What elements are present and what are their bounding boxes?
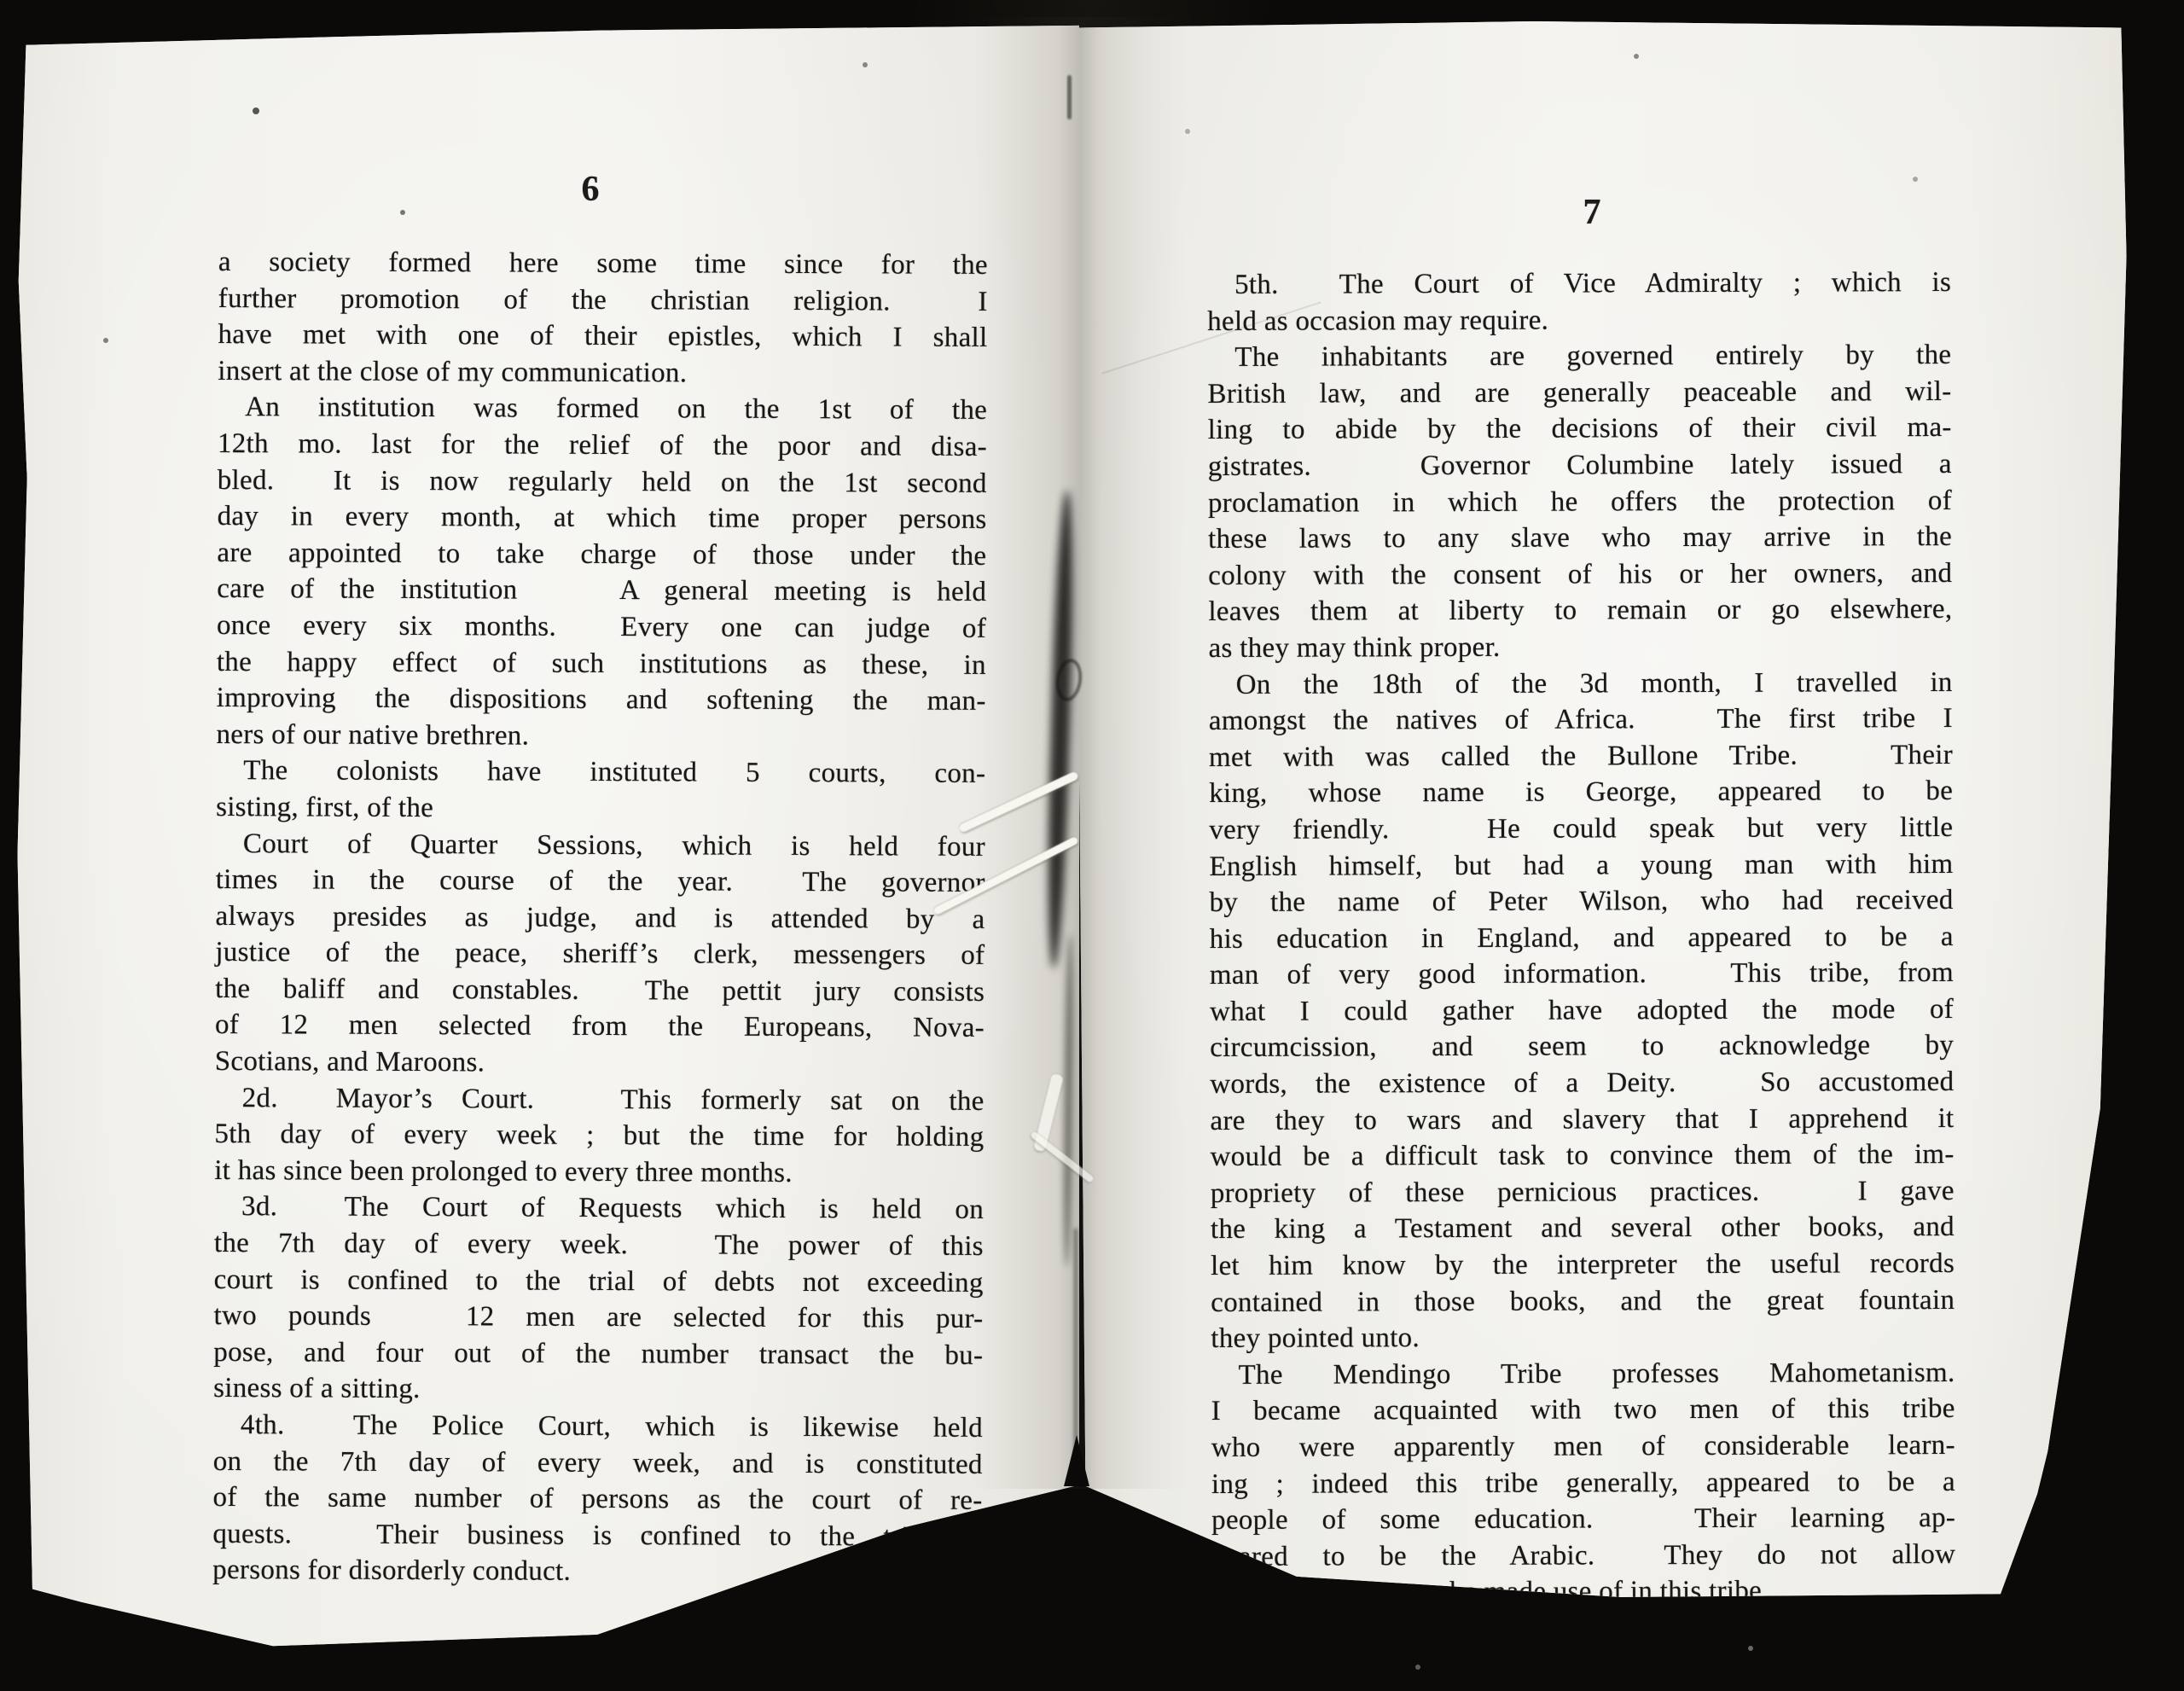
text-line: Court of Quarter Sessions, which is held…	[216, 825, 985, 865]
text-line: day in every month, at which time proper…	[218, 498, 987, 538]
text-line: times in the course of the year. The gov…	[216, 862, 985, 902]
text-line: proclamation in which he offers the prot…	[1208, 483, 1952, 522]
left-page: 6 a society formed here some time since …	[15, 24, 1079, 1651]
text-line: justice of the peace, sheriff’s clerk, m…	[215, 934, 985, 974]
text-line: the baliff and constables. The pettit ju…	[215, 971, 985, 1011]
text-line: would be a difficult task to convince th…	[1211, 1136, 1955, 1176]
left-page-number: 6	[526, 169, 654, 210]
text-line: of the same number of persons as the cou…	[212, 1479, 982, 1520]
text-line: ners of our native brethren.	[216, 717, 985, 757]
text-line: court is confined to the trial of debts …	[214, 1262, 984, 1302]
text-line: as they may think proper.	[1208, 628, 1952, 667]
text-line: care of the institution A general meetin…	[217, 571, 986, 611]
text-line: these laws to any slave who may arrive i…	[1208, 519, 1952, 558]
text-line: An institution was formed on the 1st of …	[218, 389, 987, 429]
text-line: spirituous liquors to be made use of in …	[1211, 1572, 1955, 1612]
text-line: The Mendingo Tribe professes Mahometanis…	[1211, 1355, 1955, 1394]
text-line: The inhabitants are governed entirely by…	[1207, 337, 1951, 376]
text-line: 12th mo. last for the relief of the poor…	[218, 426, 987, 466]
text-line: 4th. The Police Court, which is likewise…	[213, 1407, 983, 1447]
text-line: held as occasion may require.	[1207, 301, 1951, 340]
text-line: they pointed unto.	[1211, 1318, 1955, 1357]
text-line: 2d. Mayor’s Court. This formerly sat on …	[215, 1080, 985, 1120]
text-line: English himself, but had a young man wit…	[1209, 845, 1953, 885]
binding-gutter-shadow	[973, 17, 1186, 1489]
text-line: circumcission, and seem to acknowledge b…	[1210, 1027, 1954, 1066]
text-line: his education in England, and appeared t…	[1210, 919, 1954, 958]
text-line: man of very good information. This tribe…	[1210, 955, 1954, 994]
binding-mark	[1067, 75, 1072, 119]
text-line: what I could gather have adopted the mod…	[1210, 991, 1954, 1031]
text-line: propriety of these pernicious practices.…	[1211, 1173, 1955, 1212]
text-line: it has since been prolonged to every thr…	[214, 1153, 984, 1193]
text-line: who were apparently men of considerable …	[1211, 1427, 1955, 1467]
right-page: 7 5th. The Court of Vice Admiralty ; whi…	[1079, 21, 2129, 1608]
text-line: let him know by the interpreter the usef…	[1211, 1246, 1955, 1285]
text-line: further promotion of the christian relig…	[218, 281, 988, 321]
text-line: leaves them at liberty to remain or go e…	[1208, 591, 1952, 630]
text-line: once every six months. Every one can jud…	[217, 607, 986, 648]
text-line: on the 7th day of every week, and is con…	[213, 1444, 983, 1484]
text-line: ling to abide by the decisions of their …	[1208, 410, 1952, 449]
text-line: a society formed here some time since fo…	[218, 244, 988, 284]
text-line: 5th day of every week ; but the time for…	[214, 1116, 984, 1156]
left-page-text-column: a society formed here some time since fo…	[212, 244, 988, 1592]
text-line: met with was called the Bullone Tribe. T…	[1209, 737, 1953, 776]
text-line: peared to be the Arabic. They do not all…	[1211, 1537, 1955, 1576]
text-line: very friendly. He could speak but very l…	[1209, 810, 1953, 849]
text-line: British law, and are generally peaceable…	[1207, 374, 1951, 413]
paper-specks	[0, 0, 3, 3]
text-line: improving the dispositions and softening…	[217, 680, 986, 720]
text-line: insert at the close of my communication.	[218, 353, 987, 393]
text-line: two pounds 12 men are selected for this …	[213, 1298, 983, 1338]
text-line: have met with one of their epistles, whi…	[218, 317, 987, 357]
text-line: always presides as judge, and is attende…	[215, 898, 985, 938]
scanned-book-spread: 6 a society formed here some time since …	[0, 0, 2184, 1691]
text-line: 3d. The Court of Requests which is held …	[214, 1188, 984, 1229]
text-line: 5th. The Court of Vice Admiralty ; which…	[1207, 264, 1951, 304]
text-line: I became acquainted with two men of this…	[1211, 1391, 1955, 1430]
text-line: the 7th day of every week. The power of …	[214, 1225, 984, 1265]
text-line: king, whose name is George, appeared to …	[1209, 773, 1953, 812]
text-line: colony with the consent of his or her ow…	[1208, 555, 1952, 595]
text-line: Scotians, and Maroons.	[215, 1043, 985, 1084]
text-line: are appointed to take charge of those un…	[217, 535, 986, 575]
text-line: the happy effect of such institutions as…	[217, 644, 986, 684]
text-line: of 12 men selected from the Europeans, N…	[215, 1007, 985, 1047]
text-line: quests. Their business is confined to th…	[212, 1516, 982, 1556]
text-line: siness of a sitting.	[213, 1370, 983, 1410]
text-line: words, the existence of a Deity. So accu…	[1210, 1064, 1954, 1103]
text-line: the king a Testament and several other b…	[1211, 1209, 1955, 1248]
text-line: pose, and four out of the number transac…	[213, 1334, 983, 1374]
text-line: are they to wars and slavery that I appr…	[1210, 1101, 1954, 1140]
text-line: sisting, first, of the	[216, 789, 985, 829]
text-line: by the name of Peter Wilson, who had rec…	[1210, 882, 1954, 921]
text-line: persons for disorderly conduct.	[212, 1552, 982, 1592]
text-line: ing ; indeed this tribe generally, appea…	[1211, 1464, 1955, 1503]
text-line: gistrates. Governor Columbine lately iss…	[1208, 446, 1952, 485]
text-line: On the 18th of the 3d month, I travelled…	[1209, 664, 1953, 703]
text-line: amongst the natives of Africa. The first…	[1209, 700, 1953, 740]
text-line: contained in those books, and the great …	[1211, 1282, 1955, 1322]
text-line: bled. It is now regularly held on the 1s…	[218, 462, 987, 503]
text-line: people of some education. Their learning…	[1211, 1500, 1955, 1539]
text-line: The colonists have instituted 5 courts, …	[216, 753, 985, 793]
right-page-text-column: 5th. The Court of Vice Admiralty ; which…	[1207, 264, 1955, 1612]
right-page-number: 7	[1528, 192, 1656, 233]
